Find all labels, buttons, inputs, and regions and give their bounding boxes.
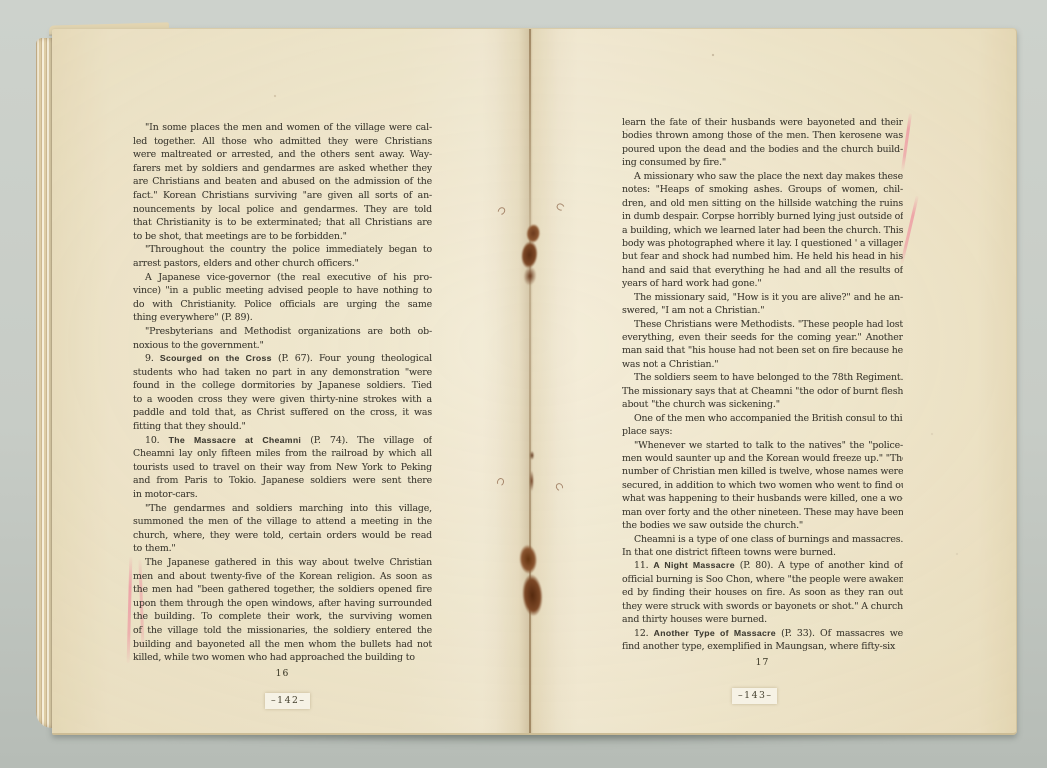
- ink-speck: [554, 482, 564, 492]
- text-line: led together. All those who admitted the…: [133, 135, 432, 149]
- book: "In some places the men and women of the…: [36, 26, 1018, 734]
- text-line: number of Christian men killed is twelve…: [622, 465, 903, 478]
- text-line: years of hard work had gone.": [622, 277, 903, 290]
- text-line: One of the men who accompanied the Briti…: [622, 412, 903, 425]
- gutter-shade: [482, 29, 578, 733]
- text-line: everything, even their seeds for the com…: [622, 331, 903, 344]
- text-line: dren, and old men sitting on the hillsid…: [622, 197, 903, 210]
- text-line: to them.": [133, 542, 432, 556]
- text-line: vince) "in a public meeting advised peop…: [133, 284, 432, 298]
- text-line: find another type, exemplified in Maungs…: [622, 640, 903, 653]
- ink-speck: [496, 477, 505, 487]
- text-line: official burning is Soo Chon, where "the…: [622, 573, 903, 586]
- text-line: but fear and shock had numbed him. He he…: [622, 250, 903, 263]
- text-line: tourists used to travel on their way fro…: [133, 461, 432, 475]
- text-line: These Christians were Methodists. "These…: [622, 318, 903, 331]
- page-number: 17: [622, 657, 903, 668]
- right-page-text: learn the fate of their husbands were ba…: [622, 116, 903, 668]
- text-line: to be shot, that meetings are to be forb…: [133, 230, 432, 244]
- text-line: about "the church was sickening.": [622, 398, 903, 411]
- text-line: summoned the men of the village to atten…: [133, 515, 432, 529]
- text-line: 10. The Massacre at Cheamni (P. 74). The…: [133, 434, 432, 448]
- text-line: hand and said that everything he had and…: [622, 264, 903, 277]
- ink-speck: [555, 202, 565, 212]
- rust-stain: [518, 223, 544, 287]
- text-line: in motor-cars.: [133, 488, 432, 502]
- text-line: The Japanese gathered in this way about …: [133, 556, 432, 570]
- left-page-text: "In some places the men and women of the…: [133, 121, 432, 679]
- text-line: place says:: [622, 425, 903, 438]
- text-line: The missionary says that at Cheamni "the…: [622, 385, 903, 398]
- text-line: 9. Scourged on the Cross (P. 67). Four y…: [133, 352, 432, 366]
- text-line: nouncements by local police and gendarme…: [133, 203, 432, 217]
- text-line: were maltreated or arrested, and the oth…: [133, 148, 432, 162]
- ink-speck: [496, 206, 507, 217]
- text-line: and from Paris to Tokio. Japanese soldie…: [133, 474, 432, 488]
- text-line: they were struck with swords or bayonets…: [622, 600, 903, 613]
- text-line: what was happening to their husbands wer…: [622, 492, 903, 505]
- text-line: body was photographed where it lay. I qu…: [622, 237, 903, 250]
- text-line: do with Christianity. Police officials a…: [133, 298, 432, 312]
- text-line: a building, which we learned later had b…: [622, 224, 903, 237]
- text-line: noxious to the government.": [133, 339, 432, 353]
- text-line: upon them through the open windows, afte…: [133, 597, 432, 611]
- text-line: are Christians and beaten and abused on …: [133, 175, 432, 189]
- text-line: man said that "his house had not been se…: [622, 344, 903, 357]
- text-line: learn the fate of their husbands were ba…: [622, 116, 903, 129]
- left-folio-label: –142–: [265, 693, 310, 709]
- text-line: "Throughout the country the police immed…: [133, 243, 432, 257]
- text-line: to a wooden cross they were given thirty…: [133, 393, 432, 407]
- text-line: building and bayoneted all the men whom …: [133, 638, 432, 652]
- text-line: church, where, they were told, certain o…: [133, 529, 432, 543]
- text-line: fact." Korean Christians surviving "are …: [133, 189, 432, 203]
- text-line: A Japanese vice-governor (the real execu…: [133, 271, 432, 285]
- text-line: that Christianity is to be exterminated;…: [133, 216, 432, 230]
- rust-stain: [515, 541, 546, 629]
- text-line: was not a Christian.": [622, 358, 903, 371]
- text-line: In that one district fifteen towns were …: [622, 546, 903, 559]
- gutter-fold-line: [529, 29, 531, 733]
- page-number: 16: [133, 668, 432, 679]
- text-line: 11. A Night Massacre (P. 80). A type of …: [622, 559, 903, 572]
- text-line: "In some places the men and women of the…: [133, 121, 432, 135]
- text-line: fitting that they should.": [133, 420, 432, 434]
- text-line: of the village told the missionaries, th…: [133, 624, 432, 638]
- open-spread: "In some places the men and women of the…: [52, 28, 1017, 735]
- text-line: secured, in addition to which two women …: [622, 479, 903, 492]
- text-line: The soldiers seem to have belonged to th…: [622, 371, 903, 384]
- text-line: killed, while two women who had approach…: [133, 651, 432, 665]
- text-line: Cheamni lay only fifteen miles from the …: [133, 447, 432, 461]
- text-line: ed by finding their houses on fire. As s…: [622, 586, 903, 599]
- text-line: men and about twenty-five of the Korean …: [133, 570, 432, 584]
- text-line: A missionary who saw the place the next …: [622, 170, 903, 183]
- text-line: swered, "I am not a Christian.": [622, 304, 903, 317]
- pencil-mark: [127, 557, 132, 663]
- text-line: farers met by soldiers and gendarmes are…: [133, 162, 432, 176]
- text-line: arrest pastors, elders and other church …: [133, 257, 432, 271]
- text-line: Cheamni is a type of one class of burnin…: [622, 533, 903, 546]
- text-line: students who had taken no part in any de…: [133, 366, 432, 380]
- text-line: "Presbyterians and Methodist organizatio…: [133, 325, 432, 339]
- text-line: The missionary said, "How is it you are …: [622, 291, 903, 304]
- text-line: "Whenever we started to talk to the nati…: [622, 439, 903, 452]
- text-line: the bodies we saw outside the church.": [622, 519, 903, 532]
- text-line: and thirty houses were burned.: [622, 613, 903, 626]
- text-line: thing everywhere" (P. 89).: [133, 311, 432, 325]
- text-line: ing consumed by fire.": [622, 156, 903, 169]
- text-line: "The gendarmes and soldiers marching int…: [133, 502, 432, 516]
- text-line: notes: "Heaps of smoking ashes. Groups o…: [622, 183, 903, 196]
- text-line: in dumb despair. Corpse horribly burned …: [622, 210, 903, 223]
- text-line: found in the college dormitories by Japa…: [133, 379, 432, 393]
- text-line: the men had "been gathered together, the…: [133, 583, 432, 597]
- text-line: bodies thrown among those of the men. Th…: [622, 129, 903, 142]
- right-folio-label: –143–: [732, 688, 777, 704]
- book-scan-photo: "In some places the men and women of the…: [0, 0, 1047, 768]
- rust-stain: [528, 451, 536, 495]
- text-line: 12. Another Type of Massacre (P. 33). Of…: [622, 627, 903, 640]
- text-line: poured upon the dead and the bodies and …: [622, 143, 903, 156]
- text-line: man over forty and the other nineteen. T…: [622, 506, 903, 519]
- text-line: paddle and told that, as Christ suffered…: [133, 406, 432, 420]
- text-line: men would saunter up and the Korean woul…: [622, 452, 903, 465]
- text-line: the building. To complete their work, th…: [133, 610, 432, 624]
